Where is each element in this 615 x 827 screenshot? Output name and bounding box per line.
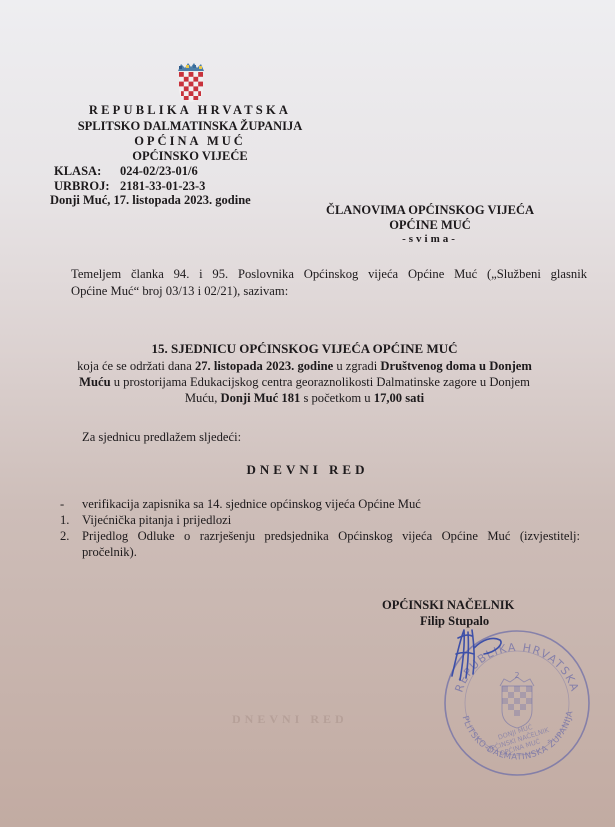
- urbroj-value: 2181-33-01-23-3: [120, 179, 205, 194]
- session-block: 15. SJEDNICU OPĆINSKOG VIJEĆA OPĆINE MUĆ…: [22, 341, 587, 406]
- session-time: 17,00 sati: [374, 391, 424, 405]
- intro-line-2: Općine Muć“ broj 03/13 i 02/21), sazivam…: [22, 283, 587, 300]
- recipient-line-2: OPĆINE MUĆ: [280, 218, 580, 233]
- klasa-value: 024-02/23-01/6: [120, 164, 198, 179]
- agenda-list: - verifikacija zapisnika sa 14. sjednice…: [60, 496, 580, 560]
- session-line-2: koja će se održati dana 27. listopada 20…: [22, 358, 587, 374]
- agenda-item: 2. Prijedlog Odluke o razrješenju predsj…: [60, 528, 580, 560]
- recipient-line-1: ČLANOVIMA OPĆINSKOG VIJEĆA: [280, 203, 580, 218]
- recipient-line-3: -svima-: [280, 233, 580, 245]
- agenda-title: DNEVNI RED: [0, 462, 615, 478]
- session-title: 15. SJEDNICU OPĆINSKOG VIJEĆA OPĆINE MUĆ: [22, 341, 587, 357]
- agenda-marker: 1.: [60, 512, 82, 528]
- session-text: Muću,: [185, 391, 221, 405]
- header-municipality: OPĆINA MUĆ: [50, 134, 330, 149]
- agenda-text: Vijećnička pitanja i prijedlozi: [82, 512, 580, 528]
- session-text: u zgradi: [333, 359, 380, 373]
- agenda-text: verifikacija zapisnika sa 14. sjednice o…: [82, 496, 580, 512]
- handwritten-signature-icon: [438, 618, 528, 688]
- session-venue: Društvenog doma u Donjem: [380, 359, 531, 373]
- intro-line-1: Temeljem članka 94. i 95. Poslovnika Opć…: [22, 266, 587, 283]
- agenda-item: 1. Vijećnička pitanja i prijedlozi: [60, 512, 580, 528]
- session-line-4: Muću, Donji Muć 181 s početkom u 17,00 s…: [22, 390, 587, 406]
- header-county: SPLITSKO DALMATINSKA ŽUPANIJA: [50, 119, 330, 134]
- session-text: u prostorijama Edukacijskog centra geora…: [111, 375, 530, 389]
- session-venue: Muću: [79, 375, 110, 389]
- urbroj-label: URBROJ:: [54, 179, 110, 194]
- klasa-label: KLASA:: [54, 164, 101, 179]
- agenda-text: Prijedlog Odluke o razrješenju predsjedn…: [82, 528, 580, 560]
- session-address: Donji Muć 181: [221, 391, 301, 405]
- bleed-through-text: DNEVNI RED: [232, 712, 348, 727]
- intro-paragraph: Temeljem članka 94. i 95. Poslovnika Opć…: [22, 266, 587, 300]
- session-date: 27. listopada 2023. godine: [195, 359, 333, 373]
- header-council: OPĆINSKO VIJEĆE: [50, 149, 330, 164]
- session-text: s početkom u: [300, 391, 373, 405]
- coat-of-arms-icon: [176, 62, 206, 102]
- document-page: REPUBLIKA HRVATSKA SPLITSKO DALMATINSKA …: [0, 0, 615, 827]
- session-text: koja će se održati dana: [77, 359, 195, 373]
- session-line-3: Muću u prostorijama Edukacijskog centra …: [22, 374, 587, 390]
- signatory-title: OPĆINSKI NAČELNIK: [382, 598, 514, 613]
- agenda-marker: 2.: [60, 528, 82, 560]
- place-date: Donji Muć, 17. listopada 2023. godine: [50, 193, 251, 208]
- agenda-item: - verifikacija zapisnika sa 14. sjednice…: [60, 496, 580, 512]
- proposal-text: Za sjednicu predlažem sljedeći:: [82, 430, 241, 445]
- header-republic: REPUBLIKA HRVATSKA: [50, 103, 330, 118]
- agenda-marker: -: [60, 496, 82, 512]
